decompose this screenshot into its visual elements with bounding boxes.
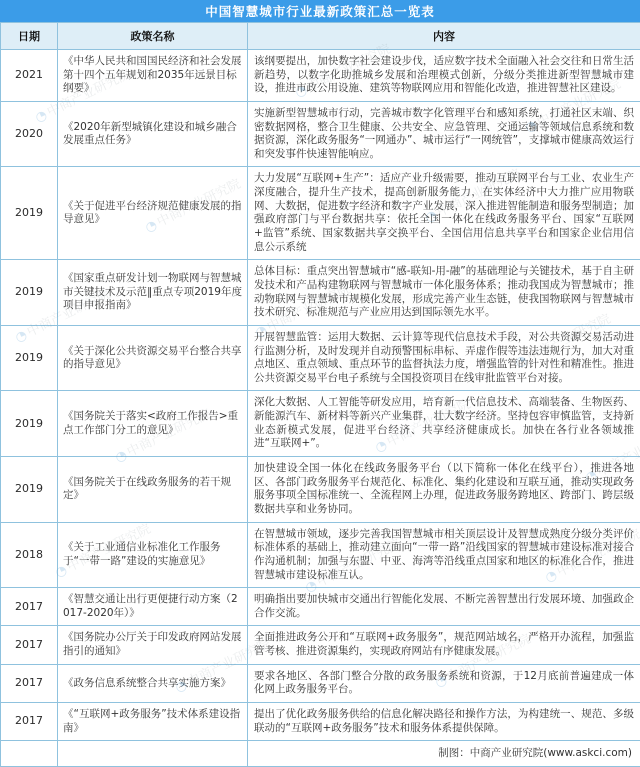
policy-name-cell: 《国务院关于在线政务服务的若干规定》: [58, 457, 248, 523]
content-cell: 该纲要提出，加快数字社会建设步伐，适应数字技术全面融入社会交往和日常生活新趋势，…: [248, 50, 640, 102]
table-row: 2017《智慧交通让出行更便捷行动方案（2017-2020年）》明确指出要加快城…: [1, 588, 640, 626]
content-cell: 提出了优化政务服务供给的信息化解决路径和操作方法，为构建统一、规范、多级联动的“…: [248, 702, 640, 740]
policy-table-page: 中国智慧城市行业最新政策汇总一览表 日期 政策名称 内容 2021《中华人民共和…: [0, 0, 640, 767]
policy-name-cell: 《“互联网+政务服务”技术体系建设指南》: [58, 702, 248, 740]
table-row: 2021《中华人民共和国国民经济和社会发展第十四个五年规划和2035年远景目标纲…: [1, 50, 640, 102]
date-cell: 2018: [1, 522, 58, 588]
date-cell: 2017: [1, 664, 58, 702]
date-cell: 2019: [1, 260, 58, 326]
policy-name-cell: 《关于深化公共资源交易平台整合共享的指导意见》: [58, 325, 248, 391]
date-cell: 2019: [1, 391, 58, 457]
policy-name-cell: 《国务院办公厅关于印发政府网站发展指引的通知》: [58, 626, 248, 664]
page-title: 中国智慧城市行业最新政策汇总一览表: [205, 2, 435, 20]
table-footer-row: 制图：中商产业研究院(www.askci.com): [1, 741, 640, 767]
policy-name-cell: 《国务院关于落实<政府工作报告>重点工作部门分工的意见》: [58, 391, 248, 457]
date-cell: 2017: [1, 702, 58, 740]
date-cell: 2020: [1, 101, 58, 167]
header-date: 日期: [1, 23, 58, 50]
date-cell: 2017: [1, 588, 58, 626]
date-cell: 2017: [1, 626, 58, 664]
policy-name-cell: 《国家重点研发计划一物联网与智慧城市关键技术及示范‖重点专项2019年度项目申报…: [58, 260, 248, 326]
date-cell: 2019: [1, 457, 58, 523]
table-row: 2019《关于促进平台经济规范健康发展的指导意见》大力发展“互联网+生产”：适应…: [1, 167, 640, 260]
table-row: 2017《“互联网+政务服务”技术体系建设指南》提出了优化政务服务供给的信息化解…: [1, 702, 640, 740]
table-header-row: 日期 政策名称 内容: [1, 23, 640, 50]
table-row: 2018《关于工业通信业标准化工作服务于“一带一路”建设的实施意见》在智慧城市领…: [1, 522, 640, 588]
date-cell: 2019: [1, 325, 58, 391]
policy-name-cell: 《关于促进平台经济规范健康发展的指导意见》: [58, 167, 248, 260]
table-title-bar: 中国智慧城市行业最新政策汇总一览表: [0, 0, 640, 22]
content-cell: 深化大数据、人工智能等研发应用，培育新一代信息技术、高端装备、生物医药、新能源汽…: [248, 391, 640, 457]
content-cell: 加快建设全国一体化在线政务服务平台（以下简称一体化在线平台），推进各地区、各部门…: [248, 457, 640, 523]
content-cell: 在智慧城市领域，逐步完善我国智慧城市相关顶层设计及智慧成熟度分级分类评价标准体系…: [248, 522, 640, 588]
content-cell: 实施新型智慧城市行动，完善城市数字化管理平台和感知系统，打通社区末端、织密数据网…: [248, 101, 640, 167]
header-content: 内容: [248, 23, 640, 50]
footer-credit: 制图：中商产业研究院(www.askci.com): [248, 741, 640, 767]
policy-table-body: 2021《中华人民共和国国民经济和社会发展第十四个五年规划和2035年远景目标纲…: [1, 50, 640, 741]
table-row: 2020《2020年新型城镇化建设和城乡融合发展重点任务》实施新型智慧城市行动，…: [1, 101, 640, 167]
content-cell: 大力发展“互联网+生产”：适应产业升级需要，推动互联网平台与工业、农业生产深度融…: [248, 167, 640, 260]
content-cell: 开展智慧监管：运用大数据、云计算等现代信息技术手段，对公共资源交易活动进行监测分…: [248, 325, 640, 391]
header-policy-name: 政策名称: [58, 23, 248, 50]
policy-name-cell: 《2020年新型城镇化建设和城乡融合发展重点任务》: [58, 101, 248, 167]
table-row: 2019《国务院关于落实<政府工作报告>重点工作部门分工的意见》深化大数据、人工…: [1, 391, 640, 457]
date-cell: 2019: [1, 167, 58, 260]
policy-table: 日期 政策名称 内容 2021《中华人民共和国国民经济和社会发展第十四个五年规划…: [0, 22, 640, 767]
policy-name-cell: 《中华人民共和国国民经济和社会发展第十四个五年规划和2035年远景目标纲要》: [58, 50, 248, 102]
table-row: 2017《国务院办公厅关于印发政府网站发展指引的通知》全面推进政务公开和“互联网…: [1, 626, 640, 664]
content-cell: 要求各地区、各部门整合分散的政务服务系统和资源，于12月底前普遍建成一体化网上政…: [248, 664, 640, 702]
policy-name-cell: 《关于工业通信业标准化工作服务于“一带一路”建设的实施意见》: [58, 522, 248, 588]
table-row: 2019《国务院关于在线政务服务的若干规定》加快建设全国一体化在线政务服务平台（…: [1, 457, 640, 523]
table-row: 2017《政务信息系统整合共享实施方案》要求各地区、各部门整合分散的政务服务系统…: [1, 664, 640, 702]
footer-empty-date: [1, 741, 58, 767]
content-cell: 明确指出要加快城市交通出行智能化发展、不断完善智慧出行发展环境、加强政企合作交流…: [248, 588, 640, 626]
footer-empty-policy: [58, 741, 248, 767]
date-cell: 2021: [1, 50, 58, 102]
content-cell: 总体目标：重点突出智慧城市“感-联知-用-融”的基础理论与关键技术，基于自主研发…: [248, 260, 640, 326]
table-row: 2019《国家重点研发计划一物联网与智慧城市关键技术及示范‖重点专项2019年度…: [1, 260, 640, 326]
policy-name-cell: 《智慧交通让出行更便捷行动方案（2017-2020年）》: [58, 588, 248, 626]
policy-name-cell: 《政务信息系统整合共享实施方案》: [58, 664, 248, 702]
table-row: 2019《关于深化公共资源交易平台整合共享的指导意见》开展智慧监管：运用大数据、…: [1, 325, 640, 391]
content-cell: 全面推进政务公开和“互联网+政务服务”，规范网站域名，严格开办流程，加强监管考核…: [248, 626, 640, 664]
